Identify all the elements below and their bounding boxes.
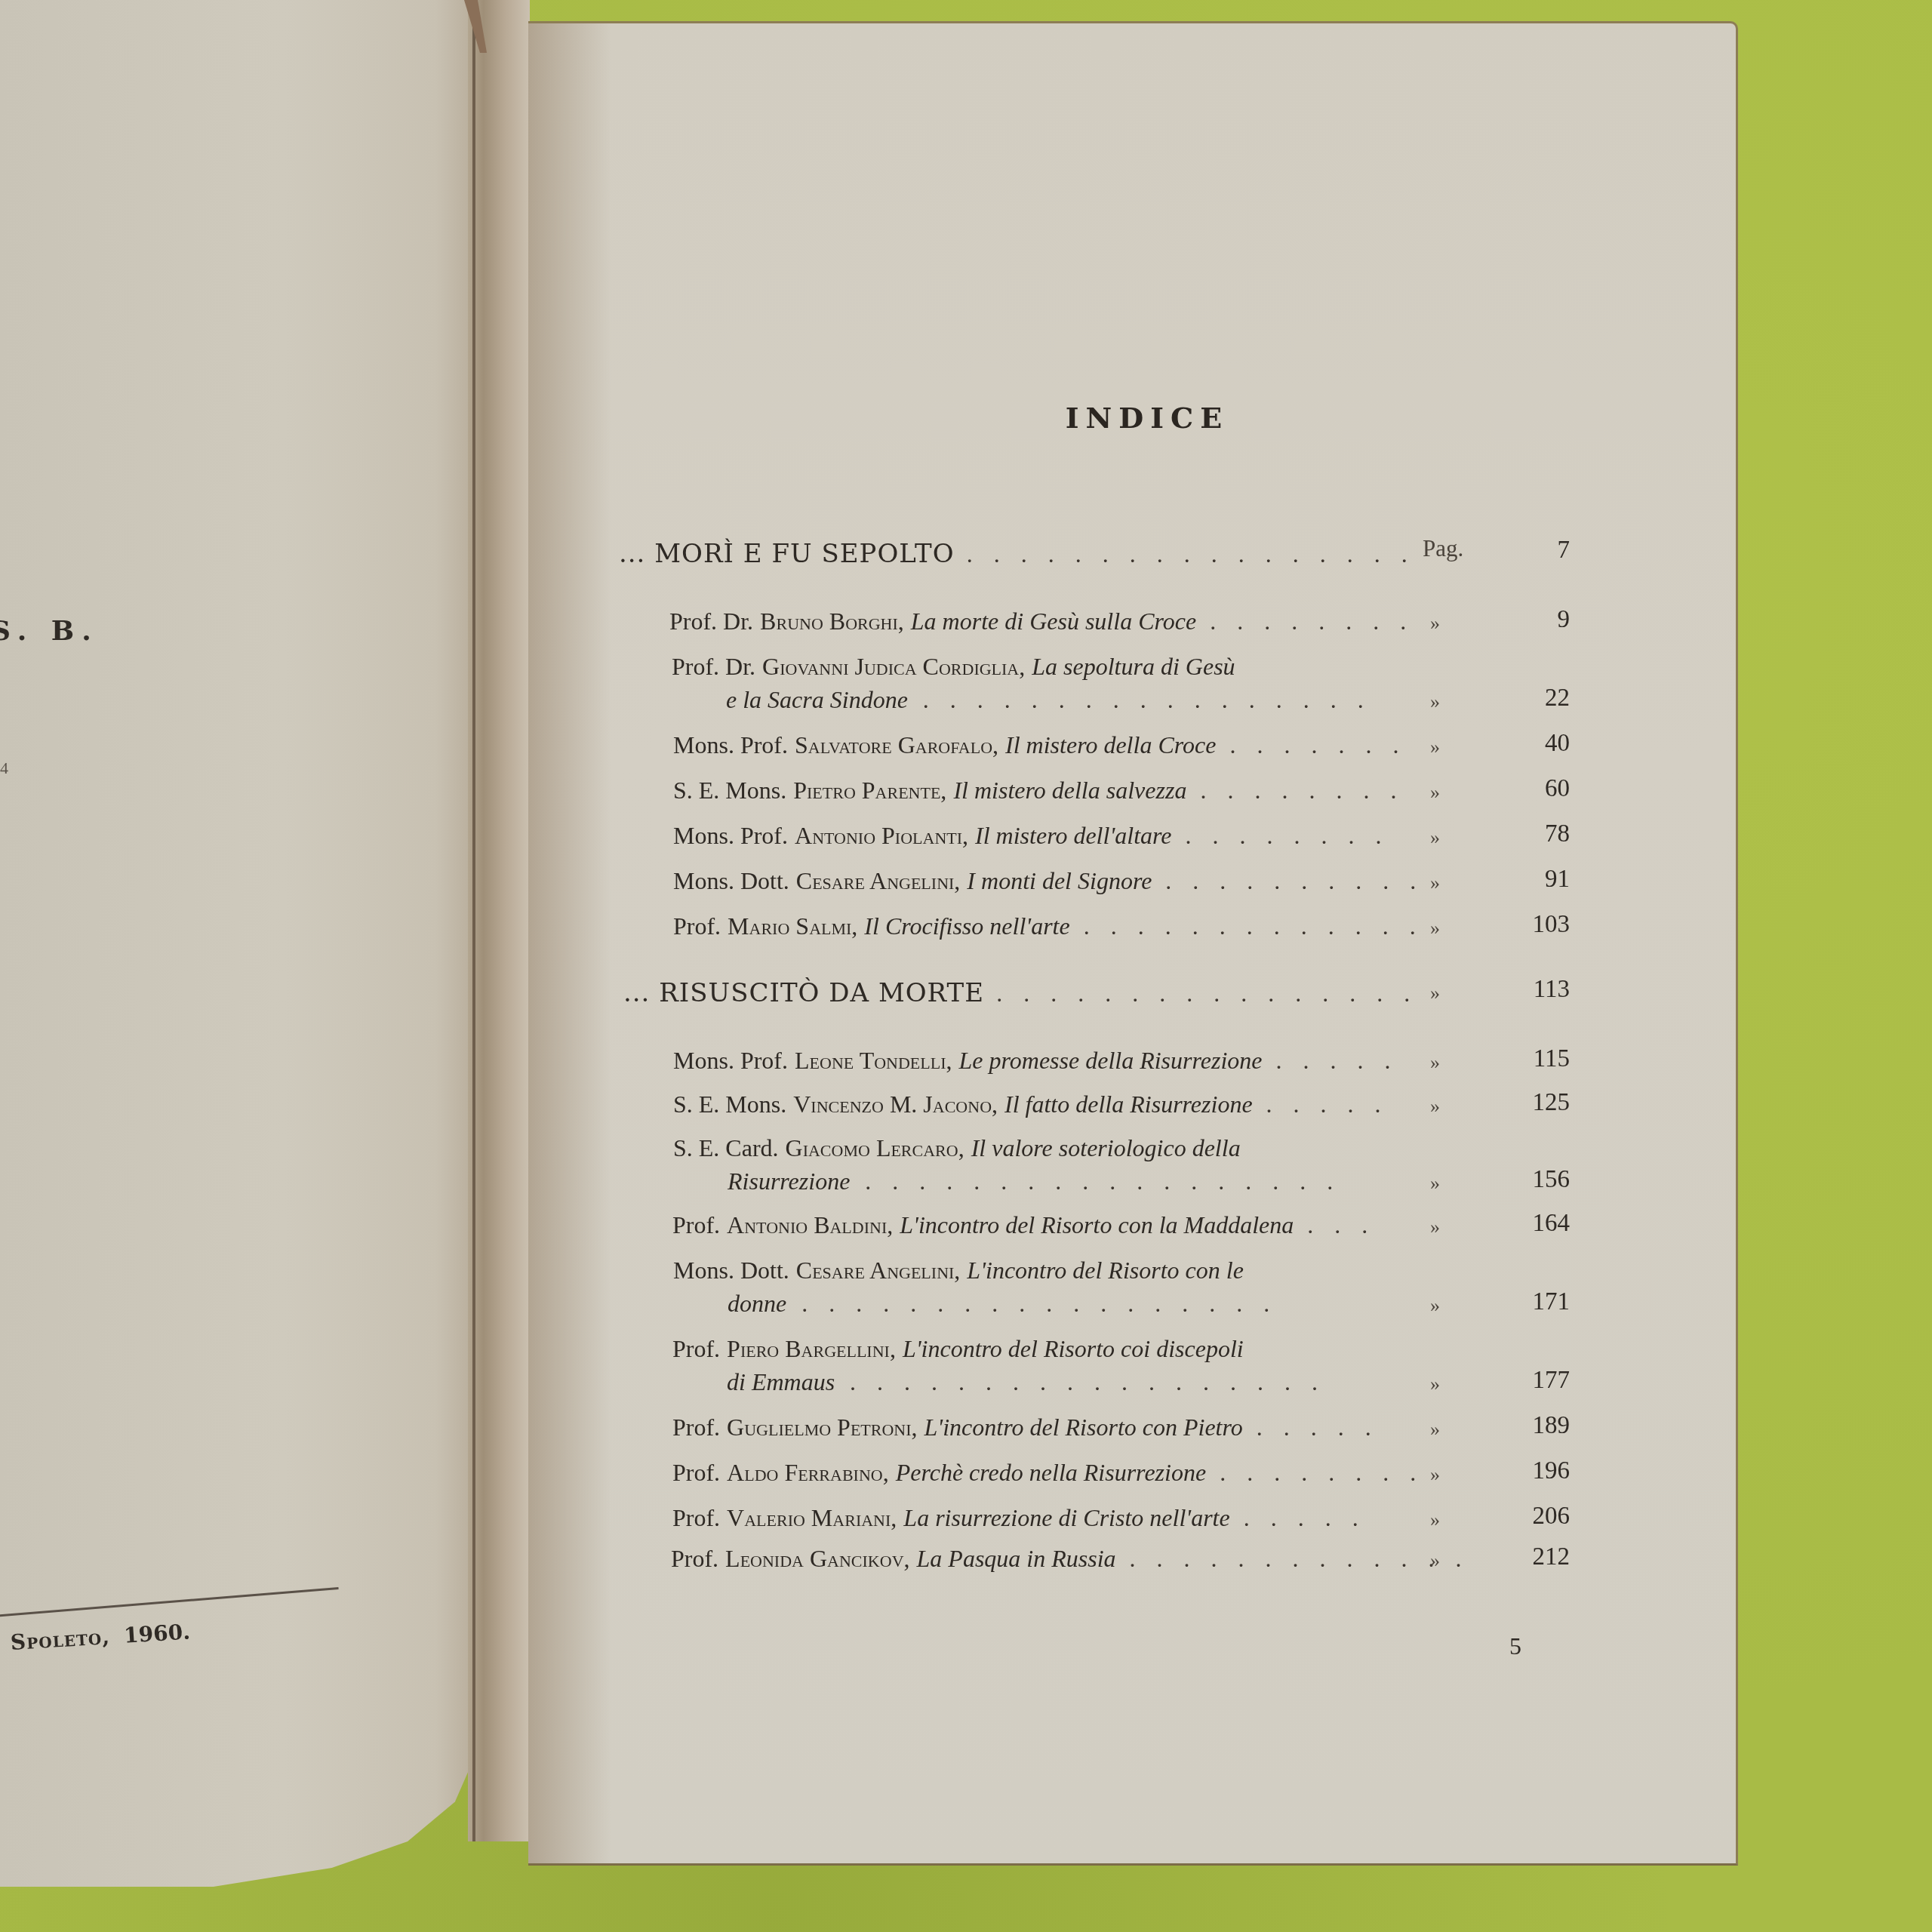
entry-title: L'incontro del Risorto con le [967, 1258, 1244, 1282]
ditto-mark: » [1430, 612, 1440, 635]
entry-title: L'incontro del Risorto con la Maddalena [900, 1213, 1294, 1237]
entry-title: Il mistero dell'altare [975, 823, 1171, 848]
toc-entry: Mons. Prof.Salvatore Garofalo,Il mistero… [673, 733, 1406, 757]
dot-leader: . . . . . . . . . . . . . . . . . . [850, 1370, 1325, 1394]
toc-entry: Prof.Piero Bargellini,L'incontro del Ris… [672, 1337, 1244, 1361]
ditto-mark: » [1430, 1509, 1440, 1531]
ditto-mark: » [1430, 826, 1440, 849]
entry-honorific: Prof. Dr. [672, 654, 755, 678]
entry-honorific: Prof. [672, 1460, 720, 1484]
page-number: 5 [1509, 1632, 1521, 1660]
toc-entry: Mons. Dott.Cesare Angelini,L'incontro de… [673, 1258, 1244, 1282]
entry-title-continuation: donne [728, 1291, 786, 1315]
ditto-mark: » [1430, 1373, 1440, 1395]
entry-author: Pietro Parente, [793, 778, 946, 802]
entry-author: Valerio Mariani, [727, 1506, 897, 1530]
entry-author: Salvatore Garofalo, [795, 733, 998, 757]
entry-honorific: Prof. [672, 1415, 720, 1439]
imprint-year: 1960. [123, 1619, 191, 1647]
entry-honorific: Mons. Prof. [673, 823, 788, 848]
ditto-mark: » [1430, 1418, 1440, 1441]
entry-page-number: 125 [1509, 1089, 1570, 1117]
entry-title: La Pasqua in Russia [917, 1546, 1116, 1571]
entry-author: Bruno Borghi, [760, 609, 904, 633]
entry-page-number: 22 [1509, 685, 1570, 712]
entry-honorific: Prof. [671, 1546, 718, 1571]
entry-honorific: Mons. Dott. [673, 869, 789, 893]
entry-honorific: Prof. [672, 1337, 720, 1361]
section-heading-label: ... RISUSCITÒ DA MORTE [623, 980, 984, 1006]
dot-leader: . . . . . . . [1229, 733, 1406, 757]
dot-leader: . . . . . . . . . . . . . [1130, 1546, 1469, 1571]
entry-author: Giacomo Lercaro, [786, 1136, 964, 1160]
entry-page-number: 78 [1509, 820, 1570, 848]
dot-leader: . . . . . . . . . . . . . . . . [996, 981, 1417, 1005]
toc-entry-continuation: Risurrezione. . . . . . . . . . . . . . … [728, 1169, 1340, 1193]
toc-entry: S. E. Mons.Vincenzo M. Jacono,Il fatto d… [673, 1092, 1389, 1116]
dot-leader: . . . . . . . . [1210, 609, 1414, 633]
entry-honorific: Prof. Dr. [669, 609, 753, 633]
dot-leader: . . . . . [1244, 1506, 1366, 1530]
ditto-mark: » [1430, 1172, 1440, 1195]
toc-entry: Prof. Dr.Giovanni Judica Cordiglia,La se… [672, 654, 1235, 678]
entry-page-number: 60 [1509, 775, 1570, 803]
entry-page-number: 40 [1509, 730, 1570, 758]
toc-entry-continuation: e la Sacra Sindone. . . . . . . . . . . … [726, 688, 1371, 712]
entry-title: La sepoltura di Gesù [1032, 654, 1235, 678]
entry-title-continuation: di Emmaus [727, 1370, 835, 1394]
page-label: Pag. [1423, 535, 1463, 562]
dot-leader: . . . . . . . . . . [1165, 869, 1423, 893]
entry-honorific: Mons. Prof. [673, 1048, 788, 1072]
entry-page-number: 171 [1509, 1288, 1570, 1316]
entry-honorific: Mons. Prof. [673, 733, 788, 757]
dot-leader: . . . . . . . . [1200, 778, 1404, 802]
imprint-city: Spoleto [10, 1625, 103, 1655]
ditto-mark: » [1430, 872, 1440, 894]
ditto-mark: » [1430, 1051, 1440, 1074]
entry-author: Antonio Baldini, [727, 1213, 893, 1237]
dot-leader: . . . . . . . . [1220, 1460, 1423, 1484]
toc-entry-continuation: di Emmaus. . . . . . . . . . . . . . . .… [727, 1370, 1325, 1394]
section-heading-label: ... MORÌ E FU SEPOLTO [619, 541, 955, 567]
entry-title: Perchè credo nella Risurrezione [896, 1460, 1206, 1484]
toc-entry: Prof.Guglielmo Petroni,L'incontro del Ri… [672, 1415, 1379, 1439]
toc-entry: S. E. Card.Giacomo Lercaro,Il valore sot… [673, 1136, 1241, 1160]
entry-title: Il fatto della Risurrezione [1004, 1092, 1253, 1116]
entry-honorific: Prof. [672, 1506, 720, 1530]
dot-leader: . . . . . [1257, 1415, 1379, 1439]
right-page: INDICE ... MORÌ E FU SEPOLTO. . . . . . … [528, 21, 1738, 1866]
table-of-contents: ... MORÌ E FU SEPOLTO. . . . . . . . . .… [528, 23, 1736, 1863]
gutter-fold-line [472, 0, 475, 1841]
toc-entry: Prof.Aldo Ferrabino,Perchè credo nella R… [672, 1460, 1423, 1484]
entry-title: Il mistero della Croce [1005, 733, 1216, 757]
entry-page-number: 115 [1509, 1045, 1570, 1073]
toc-entry: Prof.Leonida Gancikov,La Pasqua in Russi… [671, 1546, 1469, 1571]
entry-title-continuation: Risurrezione [728, 1169, 850, 1193]
entry-author: Leone Tondelli, [795, 1048, 952, 1072]
entry-page-number: 177 [1509, 1367, 1570, 1395]
dot-leader: . . . . . . . . . . . . . [1084, 914, 1423, 938]
dot-leader: . . . . . . . . . . . . . . . . . [923, 688, 1371, 712]
section-heading: ... RISUSCITÒ DA MORTE. . . . . . . . . … [623, 980, 1417, 1006]
book-gutter [468, 0, 530, 1841]
entry-author: Aldo Ferrabino, [727, 1460, 889, 1484]
entry-author: Piero Bargellini, [727, 1337, 896, 1361]
imprint-rule [0, 1587, 339, 1617]
entry-author: Guglielmo Petroni, [727, 1415, 917, 1439]
entry-title: L'incontro del Risorto con Pietro [924, 1415, 1243, 1439]
ditto-mark: » [1430, 781, 1440, 804]
imprint-comma: , [101, 1623, 125, 1650]
entry-page-number: 212 [1509, 1543, 1570, 1571]
ditto-mark: » [1430, 736, 1440, 758]
toc-entry: Prof.Antonio Baldini,L'incontro del Riso… [672, 1213, 1375, 1237]
entry-title: I monti del Signore [967, 869, 1152, 893]
entry-title-continuation: e la Sacra Sindone [726, 688, 908, 712]
dot-leader: . . . . . . . . . . . . . . . . . . [801, 1291, 1277, 1315]
dot-leader: . . . . . [1266, 1092, 1389, 1116]
entry-author: Leonida Gancikov, [725, 1546, 909, 1571]
entry-page-number: 164 [1509, 1210, 1570, 1238]
left-page-fragment-text: S. B. [0, 615, 99, 647]
entry-page-number: 9 [1509, 606, 1570, 634]
entry-honorific: Prof. [672, 1213, 720, 1237]
entry-author: Giovanni Judica Cordiglia, [762, 654, 1025, 678]
entry-author: Cesare Angelini, [796, 1258, 961, 1282]
entry-author: Vincenzo M. Jacono, [793, 1092, 998, 1116]
entry-honorific: S. E. Mons. [673, 1092, 786, 1116]
toc-entry: Prof.Valerio Mariani,La risurrezione di … [672, 1506, 1366, 1530]
entry-page-number: 156 [1509, 1166, 1570, 1194]
entry-page-number: 103 [1509, 911, 1570, 939]
section-heading: ... MORÌ E FU SEPOLTO. . . . . . . . . .… [619, 541, 1415, 567]
imprint: Spoleto, 1960. [10, 1619, 191, 1654]
entry-title: La risurrezione di Cristo nell'arte [903, 1506, 1229, 1530]
entry-author: Antonio Piolanti, [795, 823, 968, 848]
section-page-number: 7 [1509, 537, 1570, 565]
section-page-number: 113 [1509, 976, 1570, 1004]
dot-leader: . . . . . . . . [1185, 823, 1389, 848]
left-page: S. B. 4 Spoleto, 1960. [0, 0, 474, 1887]
entry-author: Mario Salmi, [728, 914, 857, 938]
toc-entry: S. E. Mons.Pietro Parente,Il mistero del… [673, 778, 1404, 802]
dot-leader: . . . . . . . . . . . . . . . . . [967, 542, 1415, 566]
entry-honorific: Mons. Dott. [673, 1258, 789, 1282]
dot-leader: . . . . . . . . . . . . . . . . . . [865, 1169, 1340, 1193]
left-page-fragment-mark: 4 [0, 758, 8, 778]
dot-leader: . . . . . [1276, 1048, 1398, 1072]
ditto-mark: » [1430, 1095, 1440, 1118]
entry-author: Cesare Angelini, [796, 869, 961, 893]
ditto-mark: » [1430, 1549, 1440, 1572]
toc-entry: Mons. Prof.Leone Tondelli,Le promesse de… [673, 1048, 1398, 1072]
entry-title: Il mistero della salvezza [953, 778, 1186, 802]
toc-entry: Mons. Dott.Cesare Angelini,I monti del S… [673, 869, 1423, 893]
entry-title: Il valore soteriologico della [971, 1136, 1241, 1160]
entry-honorific: S. E. Mons. [673, 778, 786, 802]
toc-entry: Prof.Mario Salmi,Il Crocifisso nell'arte… [673, 914, 1423, 938]
entry-page-number: 189 [1509, 1412, 1570, 1440]
ditto-mark: » [1430, 1463, 1440, 1486]
entry-page-number: 196 [1509, 1457, 1570, 1485]
ditto-mark: » [1430, 982, 1440, 1004]
entry-page-number: 206 [1509, 1503, 1570, 1531]
ditto-mark: » [1430, 1216, 1440, 1238]
entry-title: Le promesse della Risurrezione [959, 1048, 1263, 1072]
toc-entry: Prof. Dr.Bruno Borghi,La morte di Gesù s… [669, 609, 1414, 633]
dot-leader: . . . [1307, 1213, 1375, 1237]
toc-entry: Mons. Prof.Antonio Piolanti,Il mistero d… [673, 823, 1389, 848]
ditto-mark: » [1430, 691, 1440, 713]
entry-honorific: S. E. Card. [673, 1136, 779, 1160]
entry-title: L'incontro del Risorto coi discepoli [903, 1337, 1244, 1361]
ditto-mark: » [1430, 1294, 1440, 1317]
toc-entry-continuation: donne. . . . . . . . . . . . . . . . . . [728, 1291, 1277, 1315]
entry-title: Il Crocifisso nell'arte [864, 914, 1069, 938]
entry-title: La morte di Gesù sulla Croce [911, 609, 1196, 633]
entry-honorific: Prof. [673, 914, 721, 938]
entry-page-number: 91 [1509, 866, 1570, 894]
ditto-mark: » [1430, 917, 1440, 940]
